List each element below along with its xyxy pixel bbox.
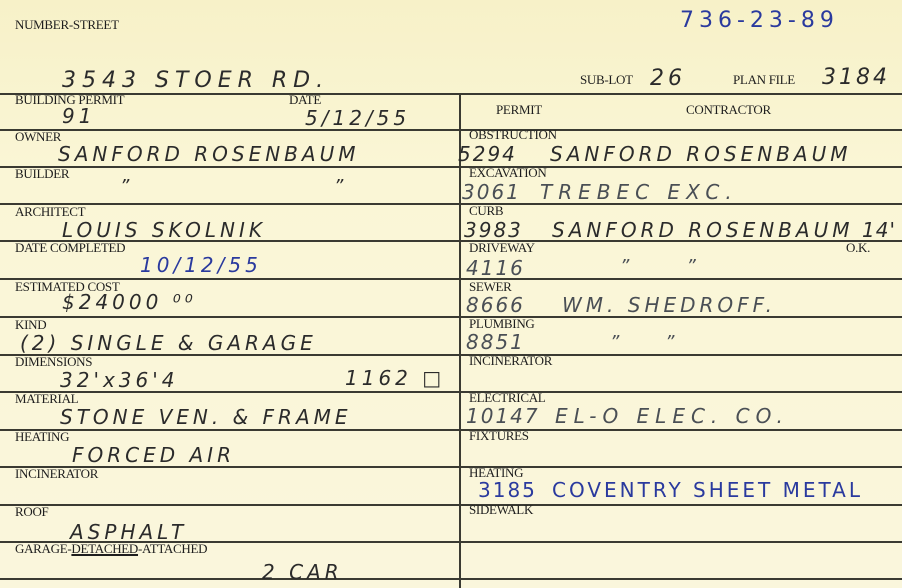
excavation-contractor: TREBEC EXC. — [540, 180, 738, 204]
dimensions-area: 1162 □ — [345, 366, 445, 390]
curb-permit: 3983 — [464, 218, 523, 242]
owner-label: OWNER — [15, 129, 61, 145]
material-value: STONE VEN. & FRAME — [60, 405, 352, 429]
electrical-contractor: EL-O ELEC. CO. — [555, 404, 789, 428]
file-number: 736-23-89 — [680, 8, 839, 33]
heating-label: HEATING — [15, 429, 69, 445]
number-street-value: 3543 STOER RD. — [62, 68, 329, 93]
roof-label: ROOF — [15, 504, 48, 520]
sewer-contractor: WM. SHEDROFF. — [562, 293, 776, 317]
obstruction-label: OBSTRUCTION — [469, 127, 557, 143]
date-completed-label: DATE COMPLETED — [15, 240, 125, 256]
rule-line — [0, 203, 902, 205]
excavation-permit: 3061 — [462, 180, 521, 204]
plan-file-value: 3184 — [822, 65, 890, 90]
garage-label-suffix: -ATTACHED — [138, 541, 207, 556]
obstruction-permit: 5294 — [458, 142, 517, 166]
heating-contractor: COVENTRY SHEET METAL — [552, 478, 863, 502]
rule-line — [0, 278, 902, 280]
sidewalk-label: SIDEWALK — [469, 502, 533, 518]
plumbing-permit: 8851 — [466, 330, 525, 354]
garage-label-detached: DETACHED — [71, 541, 138, 556]
obstruction-contractor: SANFORD ROSENBAUM — [550, 142, 851, 166]
incinerator-right-label: INCINERATOR — [469, 353, 552, 369]
garage-label-prefix: GARAGE- — [15, 541, 71, 556]
plumbing-contractor: ” ” — [610, 332, 674, 353]
heating-value: FORCED AIR — [72, 443, 235, 467]
permit-column-header: PERMIT — [496, 102, 542, 118]
rule-line — [0, 504, 902, 506]
column-divider — [459, 93, 461, 588]
building-permit-index-card: NUMBER-STREET 736-23-89 3543 STOER RD. S… — [0, 0, 902, 588]
builder-ditto-2: ” — [334, 176, 343, 197]
heating-permit: 3185 — [478, 478, 537, 502]
sub-lot-value: 26 — [650, 66, 686, 91]
curb-label: CURB — [469, 203, 503, 219]
plan-file-label: PLAN FILE — [733, 72, 795, 88]
driveway-note: O.K. — [846, 240, 870, 256]
garage-label: GARAGE-DETACHED-ATTACHED — [15, 541, 207, 557]
sub-lot-label: SUB-LOT — [580, 72, 633, 88]
fixtures-label: FIXTURES — [469, 428, 529, 444]
curb-contractor: SANFORD ROSENBAUM — [552, 218, 853, 242]
sewer-permit: 8666 — [466, 293, 525, 317]
builder-label: BUILDER — [15, 166, 69, 182]
date-value: 5/12/55 — [305, 106, 410, 130]
rule-line — [0, 129, 902, 131]
kind-value: (2) SINGLE & GARAGE — [20, 331, 317, 355]
dimensions-value: 32'x36'4 — [60, 368, 178, 392]
builder-ditto-1: ” — [120, 176, 129, 197]
owner-value: SANFORD ROSENBAUM — [58, 142, 359, 166]
garage-value: 2 CAR — [262, 560, 343, 584]
estimated-cost-value: $24000 ⁰⁰ — [62, 290, 197, 314]
rule-line — [0, 166, 902, 168]
rule-line — [0, 578, 902, 580]
date-completed-value: 10/12/55 — [140, 253, 262, 277]
number-street-label: NUMBER-STREET — [15, 17, 119, 33]
rule-line — [0, 93, 902, 95]
curb-note: 14' — [862, 218, 896, 242]
building-permit-value: 91 — [62, 104, 95, 128]
driveway-contractor: ” ” — [620, 256, 696, 277]
driveway-label: DRIVEWAY — [469, 240, 535, 256]
excavation-label: EXCAVATION — [469, 165, 546, 181]
incinerator-label: INCINERATOR — [15, 466, 98, 482]
contractor-column-header: CONTRACTOR — [686, 102, 771, 118]
electrical-permit: 10147 — [466, 404, 540, 428]
rule-line — [0, 429, 902, 431]
driveway-permit: 4116 — [466, 256, 525, 280]
architect-value: LOUIS SKOLNIK — [62, 218, 266, 242]
